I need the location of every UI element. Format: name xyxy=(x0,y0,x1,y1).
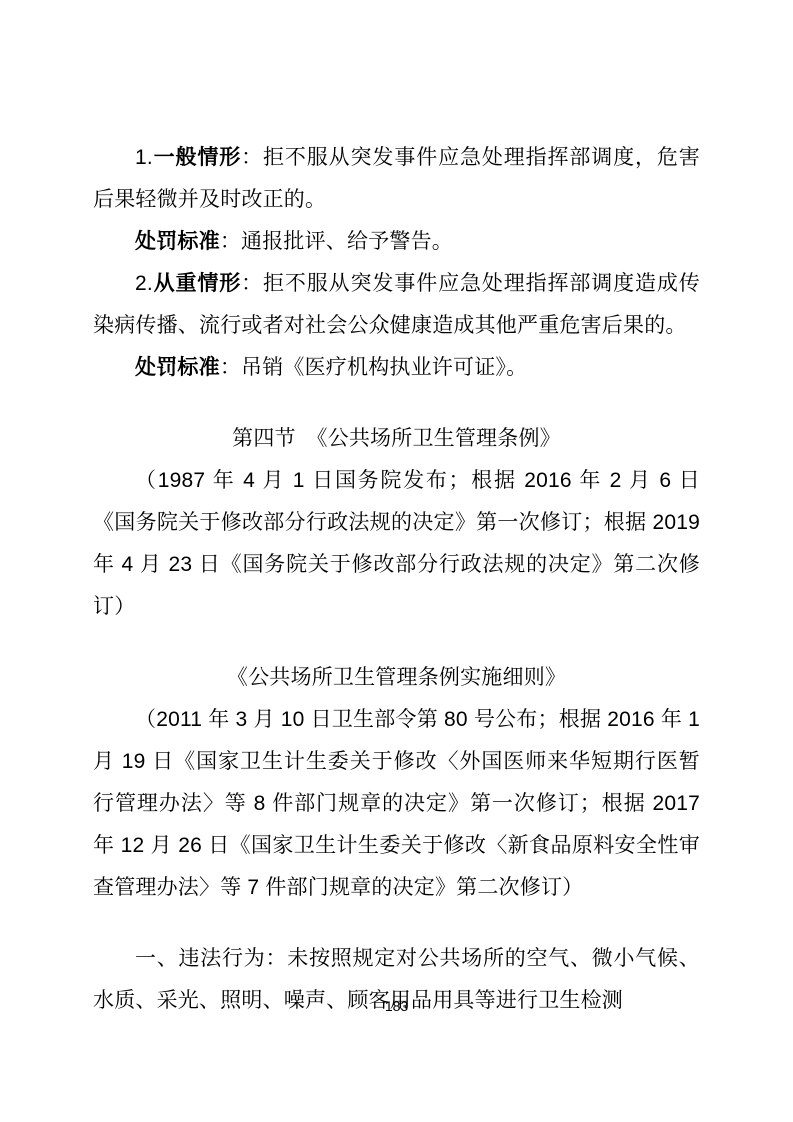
text-segment: 2. xyxy=(135,272,153,295)
bold-label: 从重情形 xyxy=(153,272,241,295)
paragraph: （1987 年 4 月 1 日国务院发布；根据 2016 年 2 月 6 日《国… xyxy=(93,460,700,628)
paragraph: 处罚标准：吊销《医疗机构执业许可证》。 xyxy=(93,347,700,389)
text-segment: 《公共场所卫生管理条例实施细则》 xyxy=(227,666,566,689)
blank-line xyxy=(93,389,700,418)
paragraph: 2.从重情形：拒不服从突发事件应急处理指挥部调度造成传染病传播、流行或者对社会公… xyxy=(93,263,700,347)
paragraph: （2011 年 3 月 10 日卫生部令第 80 号公布；根据 2016 年 1… xyxy=(93,699,700,909)
page-footer: 183 xyxy=(0,996,793,1016)
section-heading: 《公共场所卫生管理条例实施细则》 xyxy=(93,657,700,699)
page-number: 183 xyxy=(385,998,408,1014)
paragraph: 处罚标准：通报批评、给予警告。 xyxy=(93,221,700,263)
text-segment: ：吊销《医疗机构执业许可证》。 xyxy=(220,356,528,379)
text-segment: 1. xyxy=(135,146,153,169)
section-heading: 第四节 《公共场所卫生管理条例》 xyxy=(93,418,700,460)
text-segment: ：通报批评、给予警告。 xyxy=(220,230,453,253)
text-segment: 第四节 《公共场所卫生管理条例》 xyxy=(232,427,561,450)
text-segment: （1987 年 4 月 1 日国务院发布；根据 2016 年 2 月 6 日《国… xyxy=(93,469,700,618)
bold-label: 处罚标准 xyxy=(135,356,220,379)
paragraph: 1.一般情形：拒不服从突发事件应急处理指挥部调度，危害后果轻微并及时改正的。 xyxy=(93,137,700,221)
bold-label: 处罚标准 xyxy=(135,230,220,253)
text-segment: （2011 年 3 月 10 日卫生部令第 80 号公布；根据 2016 年 1… xyxy=(93,708,700,899)
blank-line xyxy=(93,909,700,938)
document-body: 1.一般情形：拒不服从突发事件应急处理指挥部调度，危害后果轻微并及时改正的。处罚… xyxy=(93,137,700,1022)
bold-label: 一般情形 xyxy=(153,146,241,169)
document-page: 1.一般情形：拒不服从突发事件应急处理指挥部调度，危害后果轻微并及时改正的。处罚… xyxy=(0,0,793,1122)
blank-line xyxy=(93,628,700,657)
